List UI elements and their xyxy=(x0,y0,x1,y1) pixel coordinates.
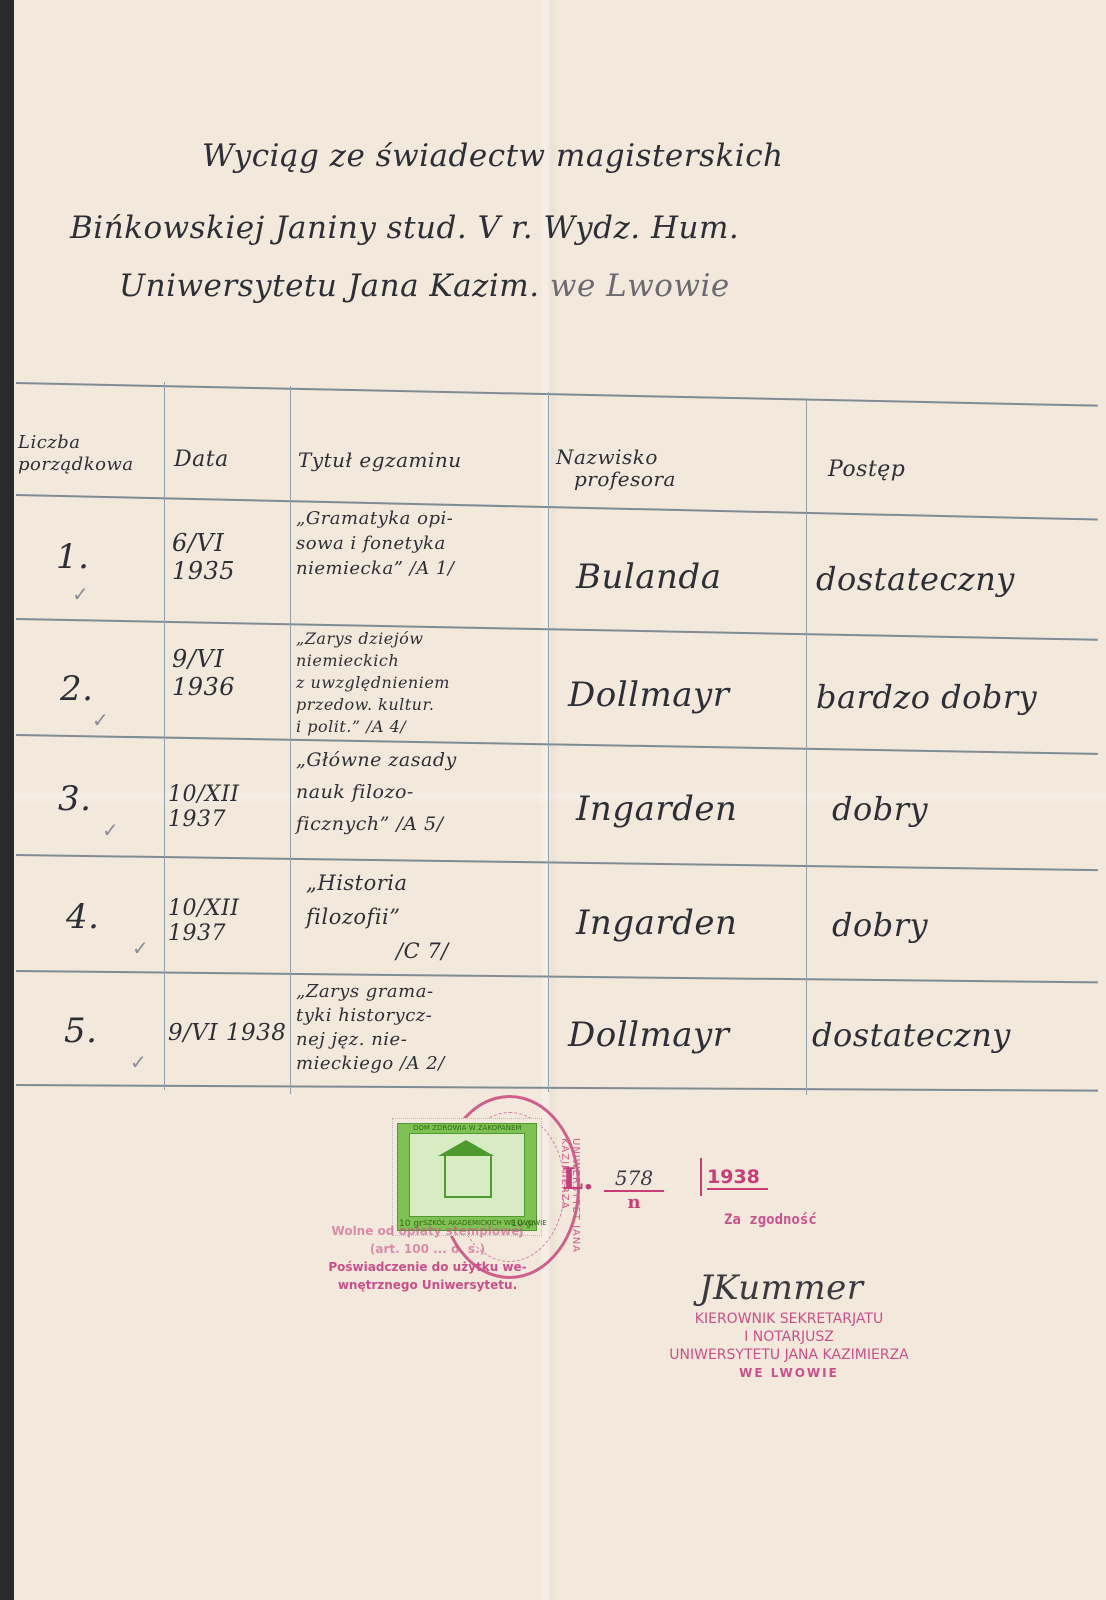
row-5-date: 9/VI 1938 xyxy=(168,988,290,1078)
office-stamp: KIEROWNIK SEKRETARJATU I NOTARJUSZ UNIWE… xyxy=(624,1310,954,1382)
subject-line: „Główne zasady xyxy=(296,744,457,776)
row-4-subject: „Historia filozofii” /C 7/ xyxy=(306,860,546,984)
subject-line: filozofii” xyxy=(306,900,401,934)
exemption-line: wnętrznego Uniwersytetu. xyxy=(320,1276,535,1294)
check-mark-icon: ✓ xyxy=(102,818,119,842)
subject-line: z uwzględnieniem xyxy=(296,672,450,694)
exemption-line: (art. 100 ... o. s.) xyxy=(320,1240,535,1258)
document-title-line-3: Uniwersytetu Jana Kazim. we Lwowie xyxy=(119,268,730,304)
row-4-professor: Ingarden xyxy=(576,878,804,968)
row-5-grade: dostateczny xyxy=(812,990,1098,1080)
document-page: Wyciąg ze świadectw magisterskich Bińkow… xyxy=(14,0,1106,1600)
subject-line: „Gramatyka opi- xyxy=(296,506,453,531)
certification-label: Za zgodność xyxy=(724,1212,817,1228)
subject-line: „Zarys grama- xyxy=(296,980,434,1004)
row-3-professor: Ingarden xyxy=(576,764,804,854)
table-column-rule xyxy=(164,382,165,1090)
row-2-number: 2. xyxy=(60,644,160,734)
registration-suffix: n xyxy=(604,1192,664,1213)
row-2-professor: Dollmayr xyxy=(568,650,804,740)
registration-prefix: L. xyxy=(562,1162,594,1197)
header-professor-line-2: profesora xyxy=(556,468,676,490)
check-mark-icon: ✓ xyxy=(132,936,149,960)
registration-number: 578 n xyxy=(604,1166,664,1213)
office-line: UNIWERSYTETU JANA KAZIMIERZA xyxy=(624,1346,954,1364)
row-2-grade: bardzo dobry xyxy=(816,652,1098,742)
table-column-rule xyxy=(290,386,291,1094)
row-2-subject: „Zarys dziejów niemieckich z uwzględnien… xyxy=(296,622,546,746)
revenue-stamp-top-text: DOM ZDROWIA W ZAKOPANEM xyxy=(413,1124,521,1132)
subject-line: przedow. kultur. xyxy=(296,694,434,716)
subject-line: niemiecka” /A 1/ xyxy=(296,556,454,581)
row-1-subject: „Gramatyka opi- sowa i fonetyka niemieck… xyxy=(296,500,546,624)
row-3-date: 10/XII 1937 xyxy=(168,762,290,852)
university-name: Uniwersytetu Jana Kazim. xyxy=(119,268,540,304)
subject-line: niemieckich xyxy=(296,650,399,672)
header-exam-title: Tytuł egzaminu xyxy=(298,440,546,480)
signature: JKummer xyxy=(699,1268,864,1308)
table-rule xyxy=(16,1084,1098,1092)
subject-line: nauk filozo- xyxy=(296,776,414,808)
subject-line: mieckiego /A 2/ xyxy=(296,1052,445,1076)
revenue-stamp-center xyxy=(409,1133,525,1217)
table-column-rule xyxy=(806,400,807,1095)
header-professor-line-1: Nazwisko xyxy=(556,446,658,468)
row-1-grade: dostateczny xyxy=(816,534,1098,624)
row-1-date: 6/VI 1935 xyxy=(172,512,290,602)
office-line: I NOTARJUSZ xyxy=(624,1328,954,1346)
registration-number-value: 578 xyxy=(604,1166,664,1192)
exemption-line: Poświadczenie do użytku we- xyxy=(320,1258,535,1276)
registration-year: 1938 xyxy=(707,1166,768,1190)
subject-line: i polit.” /A 4/ xyxy=(296,716,406,738)
subject-line: „Zarys dziejów xyxy=(296,628,423,650)
subject-line: sowa i fonetyka xyxy=(296,531,446,556)
document-title-line-2: Bińkowskiej Janiny stud. V r. Wydz. Hum. xyxy=(70,210,739,246)
check-mark-icon: ✓ xyxy=(92,708,109,732)
revenue-stamp: DOM ZDROWIA W ZAKOPANEM SZKÓŁ AKADEMICKI… xyxy=(392,1118,542,1236)
row-5-number: 5. xyxy=(64,986,164,1076)
row-1-number: 1. xyxy=(56,512,156,602)
table-rule xyxy=(16,970,1098,983)
row-4-number: 4. xyxy=(66,872,166,962)
document-title-line-1: Wyciąg ze świadectw magisterskich xyxy=(202,138,784,174)
subject-line: nej jęz. nie- xyxy=(296,1028,407,1052)
subject-line: ficznych” /A 5/ xyxy=(296,808,444,840)
row-5-professor: Dollmayr xyxy=(568,990,804,1080)
header-date: Data xyxy=(174,440,284,480)
exam-table: Liczba porządkowa Data Tytuł egzaminu Na… xyxy=(16,382,1098,1092)
header-number: Liczba porządkowa xyxy=(18,424,162,484)
office-line: WE LWOWIE xyxy=(624,1364,954,1382)
subject-line: tyki historycz- xyxy=(296,1004,432,1028)
city-name: we Lwowie xyxy=(550,268,730,304)
row-5-subject: „Zarys grama- tyki historycz- nej jęz. n… xyxy=(296,974,546,1092)
office-line: KIEROWNIK SEKRETARJATU xyxy=(624,1310,954,1328)
header-number-line-1: Liczba xyxy=(18,432,81,454)
row-3-grade: dobry xyxy=(832,764,1098,854)
row-1-professor: Bulanda xyxy=(576,532,804,622)
header-grade: Postęp xyxy=(828,450,1078,490)
header-professor: Nazwisko profesora xyxy=(556,438,802,498)
seal-text: UNIWERSYTET JANA KAZIMIERZA xyxy=(559,1138,581,1276)
fee-exemption-stamp: Wolne od opłaty stemplowej (art. 100 ...… xyxy=(320,1222,535,1294)
check-mark-icon: ✓ xyxy=(72,582,89,606)
row-2-date: 9/VI 1936 xyxy=(172,628,290,718)
subject-line: „Historia xyxy=(306,866,408,900)
exemption-line: Wolne od opłaty stemplowej xyxy=(320,1222,535,1240)
row-4-date: 10/XII 1937 xyxy=(168,876,290,966)
registration-divider xyxy=(700,1158,702,1196)
table-column-rule xyxy=(548,392,549,1092)
subject-line: /C 7/ xyxy=(306,934,449,968)
building-icon xyxy=(444,1154,492,1198)
check-mark-icon: ✓ xyxy=(130,1050,147,1074)
header-number-line-2: porządkowa xyxy=(18,454,134,476)
row-4-grade: dobry xyxy=(832,880,1098,970)
table-rule xyxy=(16,854,1098,871)
table-rule xyxy=(16,382,1098,407)
row-3-subject: „Główne zasady nauk filozo- ficznych” /A… xyxy=(296,738,546,862)
